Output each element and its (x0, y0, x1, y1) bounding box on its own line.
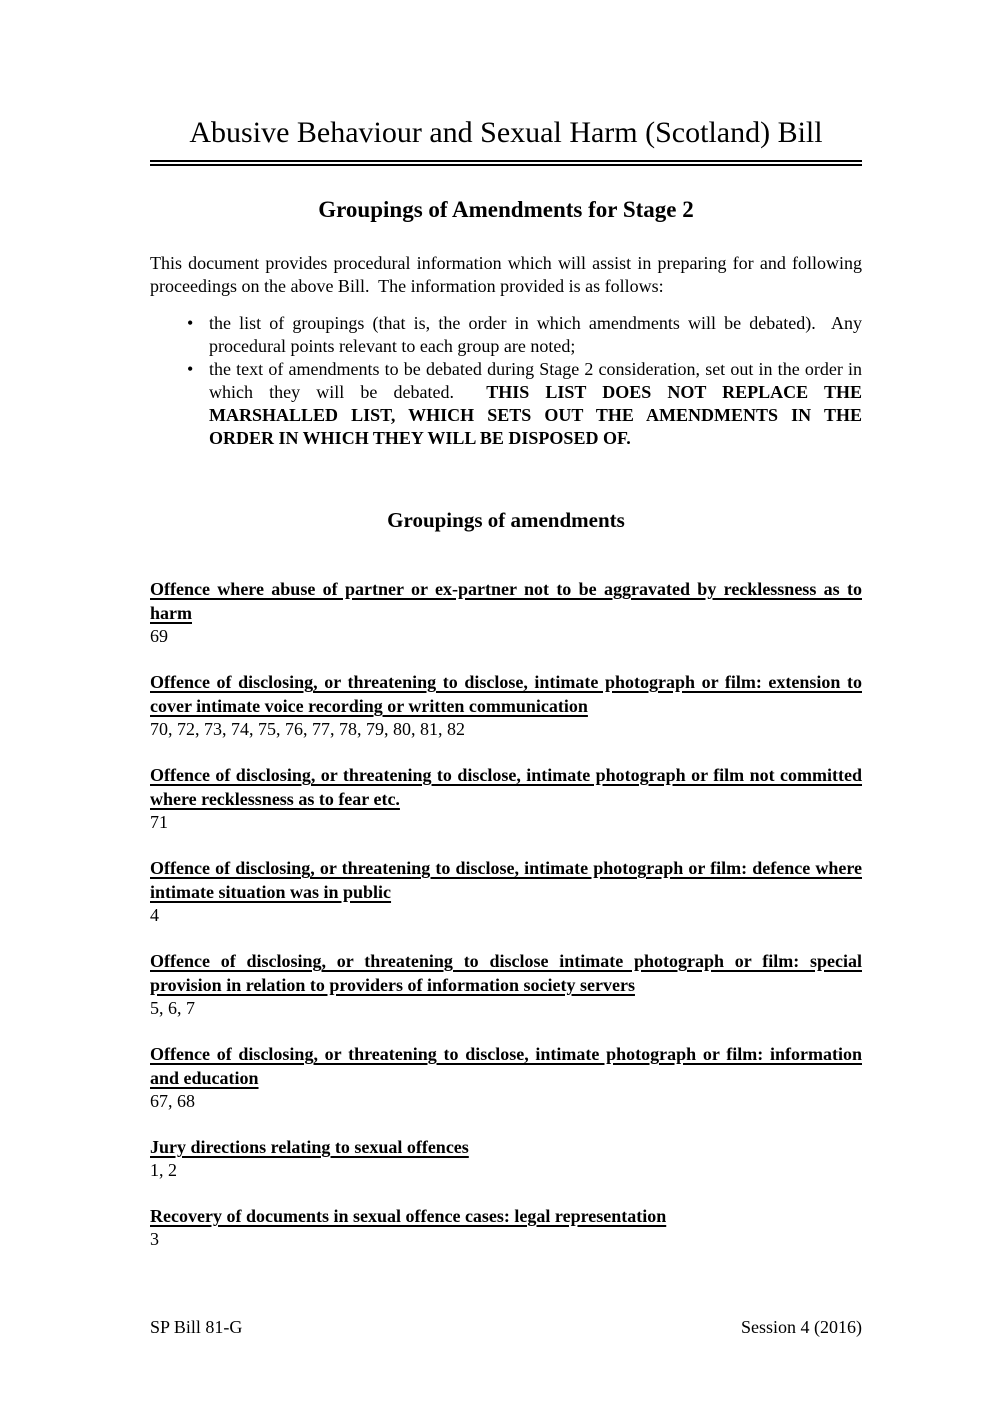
amendment-group: Jury directions relating to sexual offen… (150, 1135, 862, 1182)
group-title: Offence of disclosing, or threatening to… (150, 1042, 862, 1090)
intro-paragraph: This document provides procedural inform… (150, 252, 862, 298)
footer-bill-number: SP Bill 81-G (150, 1316, 242, 1339)
title-double-rule (150, 160, 862, 166)
page-content: Abusive Behaviour and Sexual Harm (Scotl… (150, 0, 862, 1273)
group-amendment-numbers: 67, 68 (150, 1090, 862, 1113)
group-amendment-numbers: 1, 2 (150, 1159, 862, 1182)
group-amendment-numbers: 3 (150, 1228, 862, 1251)
group-title: Offence of disclosing, or threatening to… (150, 856, 862, 904)
amendment-group: Offence of disclosing, or threatening to… (150, 670, 862, 741)
amendment-group: Offence of disclosing, or threatening to… (150, 856, 862, 927)
amendment-group: Offence of disclosing, or threatening to… (150, 763, 862, 834)
group-title: Jury directions relating to sexual offen… (150, 1135, 862, 1159)
page-footer: SP Bill 81-G Session 4 (2016) (150, 1316, 862, 1339)
amendment-group: Recovery of documents in sexual offence … (150, 1204, 862, 1251)
group-amendment-numbers: 5, 6, 7 (150, 997, 862, 1020)
group-amendment-numbers: 71 (150, 811, 862, 834)
amendment-group: Offence of disclosing, or threatening to… (150, 1042, 862, 1113)
groupings-list: Offence where abuse of partner or ex-par… (150, 577, 862, 1251)
doc-subtitle: Groupings of Amendments for Stage 2 (150, 195, 862, 224)
amendment-group: Offence where abuse of partner or ex-par… (150, 577, 862, 648)
amendment-group: Offence of disclosing, or threatening to… (150, 949, 862, 1020)
bullet-list: • the list of groupings (that is, the or… (150, 312, 862, 450)
bullet-icon: • (187, 358, 193, 381)
bullet-item-amendment-text: • the text of amendments to be debated d… (150, 358, 862, 450)
group-amendment-numbers: 70, 72, 73, 74, 75, 76, 77, 78, 79, 80, … (150, 718, 862, 741)
groupings-heading: Groupings of amendments (150, 507, 862, 533)
group-title: Offence where abuse of partner or ex-par… (150, 577, 862, 625)
group-title: Offence of disclosing, or threatening to… (150, 763, 862, 811)
bullet-icon: • (187, 312, 193, 335)
group-amendment-numbers: 4 (150, 904, 862, 927)
bill-title: Abusive Behaviour and Sexual Harm (Scotl… (150, 0, 862, 152)
document-page: Abusive Behaviour and Sexual Harm (Scotl… (0, 0, 991, 1401)
group-title: Recovery of documents in sexual offence … (150, 1204, 862, 1228)
bullet-item-groupings: • the list of groupings (that is, the or… (150, 312, 862, 358)
group-title: Offence of disclosing, or threatening to… (150, 670, 862, 718)
group-amendment-numbers: 69 (150, 625, 862, 648)
bullet-text: the list of groupings (that is, the orde… (209, 313, 862, 356)
group-title: Offence of disclosing, or threatening to… (150, 949, 862, 997)
footer-session: Session 4 (2016) (741, 1316, 862, 1339)
